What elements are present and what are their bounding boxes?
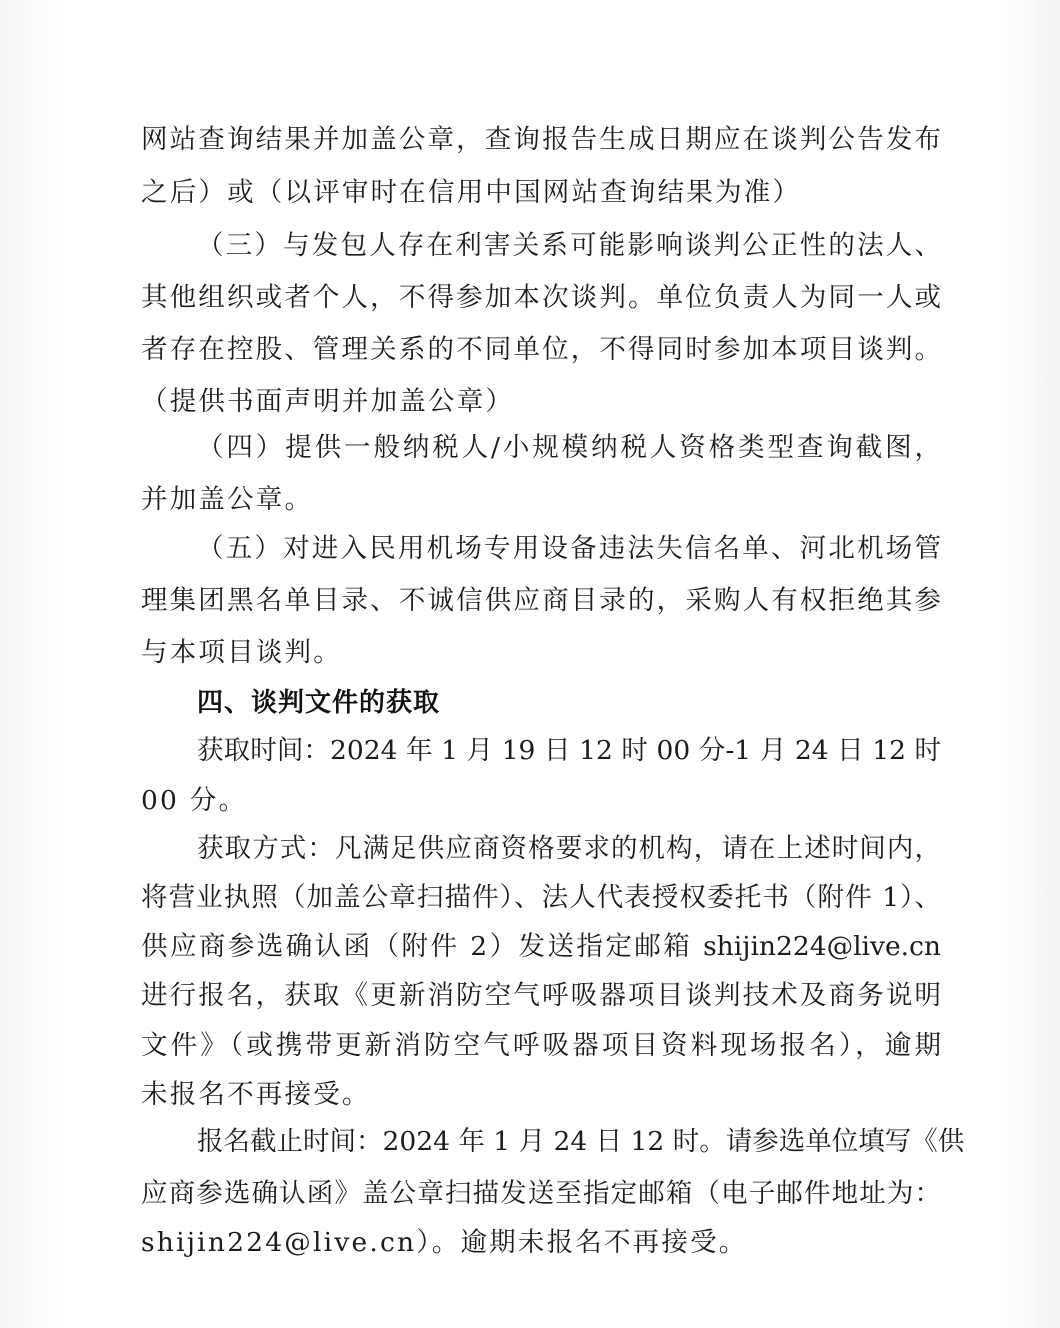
text-line: 者存在控股、管理关系的不同单位，不得同时参加本项目谈判。 (141, 330, 941, 370)
text-line: 获取方式：凡满足供应商资格要求的机构，请在上述时间内， (197, 829, 941, 869)
text-line: 并加盖公章。 (141, 480, 941, 520)
text-line: 供应商参选确认函（附件 2）发送指定邮箱 shijin224@live.cn (141, 927, 941, 967)
section-heading: 四、谈判文件的获取 (197, 683, 440, 723)
text-line: 未报名不再接受。 (141, 1075, 941, 1115)
text-line: 文件》（或携带更新消防空气呼吸器项目资料现场报名），逾期 (141, 1026, 941, 1066)
text-line: shijin224@live.cn）。逾期未报名不再接受。 (141, 1223, 941, 1263)
text-line: 与本项目谈判。 (141, 633, 941, 673)
text-line: 报名截止时间：2024 年 1 月 24 日 12 时。请参选单位填写《供 (197, 1122, 941, 1162)
text-line: 将营业执照（加盖公章扫描件）、法人代表授权委托书（附件 1）、 (141, 878, 941, 918)
text-line: 其他组织或者个人，不得参加本次谈判。单位负责人为同一人或 (141, 278, 941, 318)
text-line: （四）提供一般纳税人/小规模纳税人资格类型查询截图， (197, 428, 941, 468)
text-line: 应商参选确认函》盖公章扫描发送至指定邮箱（电子邮件地址为： (141, 1174, 941, 1214)
text-line: （三）与发包人存在利害关系可能影响谈判公正性的法人、 (197, 226, 941, 266)
text-line: （提供书面声明并加盖公章） (141, 382, 941, 422)
text-line: 理集团黑名单目录、不诚信供应商目录的，采购人有权拒绝其参 (141, 581, 941, 621)
text-line: 00 分。 (141, 781, 941, 821)
text-line: 进行报名，获取《更新消防空气呼吸器项目谈判技术及商务说明 (141, 976, 941, 1016)
text-line: 网站查询结果并加盖公章，查询报告生成日期应在谈判公告发布 (141, 120, 941, 160)
text-line: 获取时间：2024 年 1 月 19 日 12 时 00 分-1 月 24 日 … (197, 731, 941, 771)
document-page: 网站查询结果并加盖公章，查询报告生成日期应在谈判公告发布之后）或（以评审时在信用… (0, 0, 1060, 1328)
text-line: 之后）或（以评审时在信用中国网站查询结果为准） (141, 173, 941, 213)
text-line: （五）对进入民用机场专用设备违法失信名单、河北机场管 (197, 529, 941, 569)
